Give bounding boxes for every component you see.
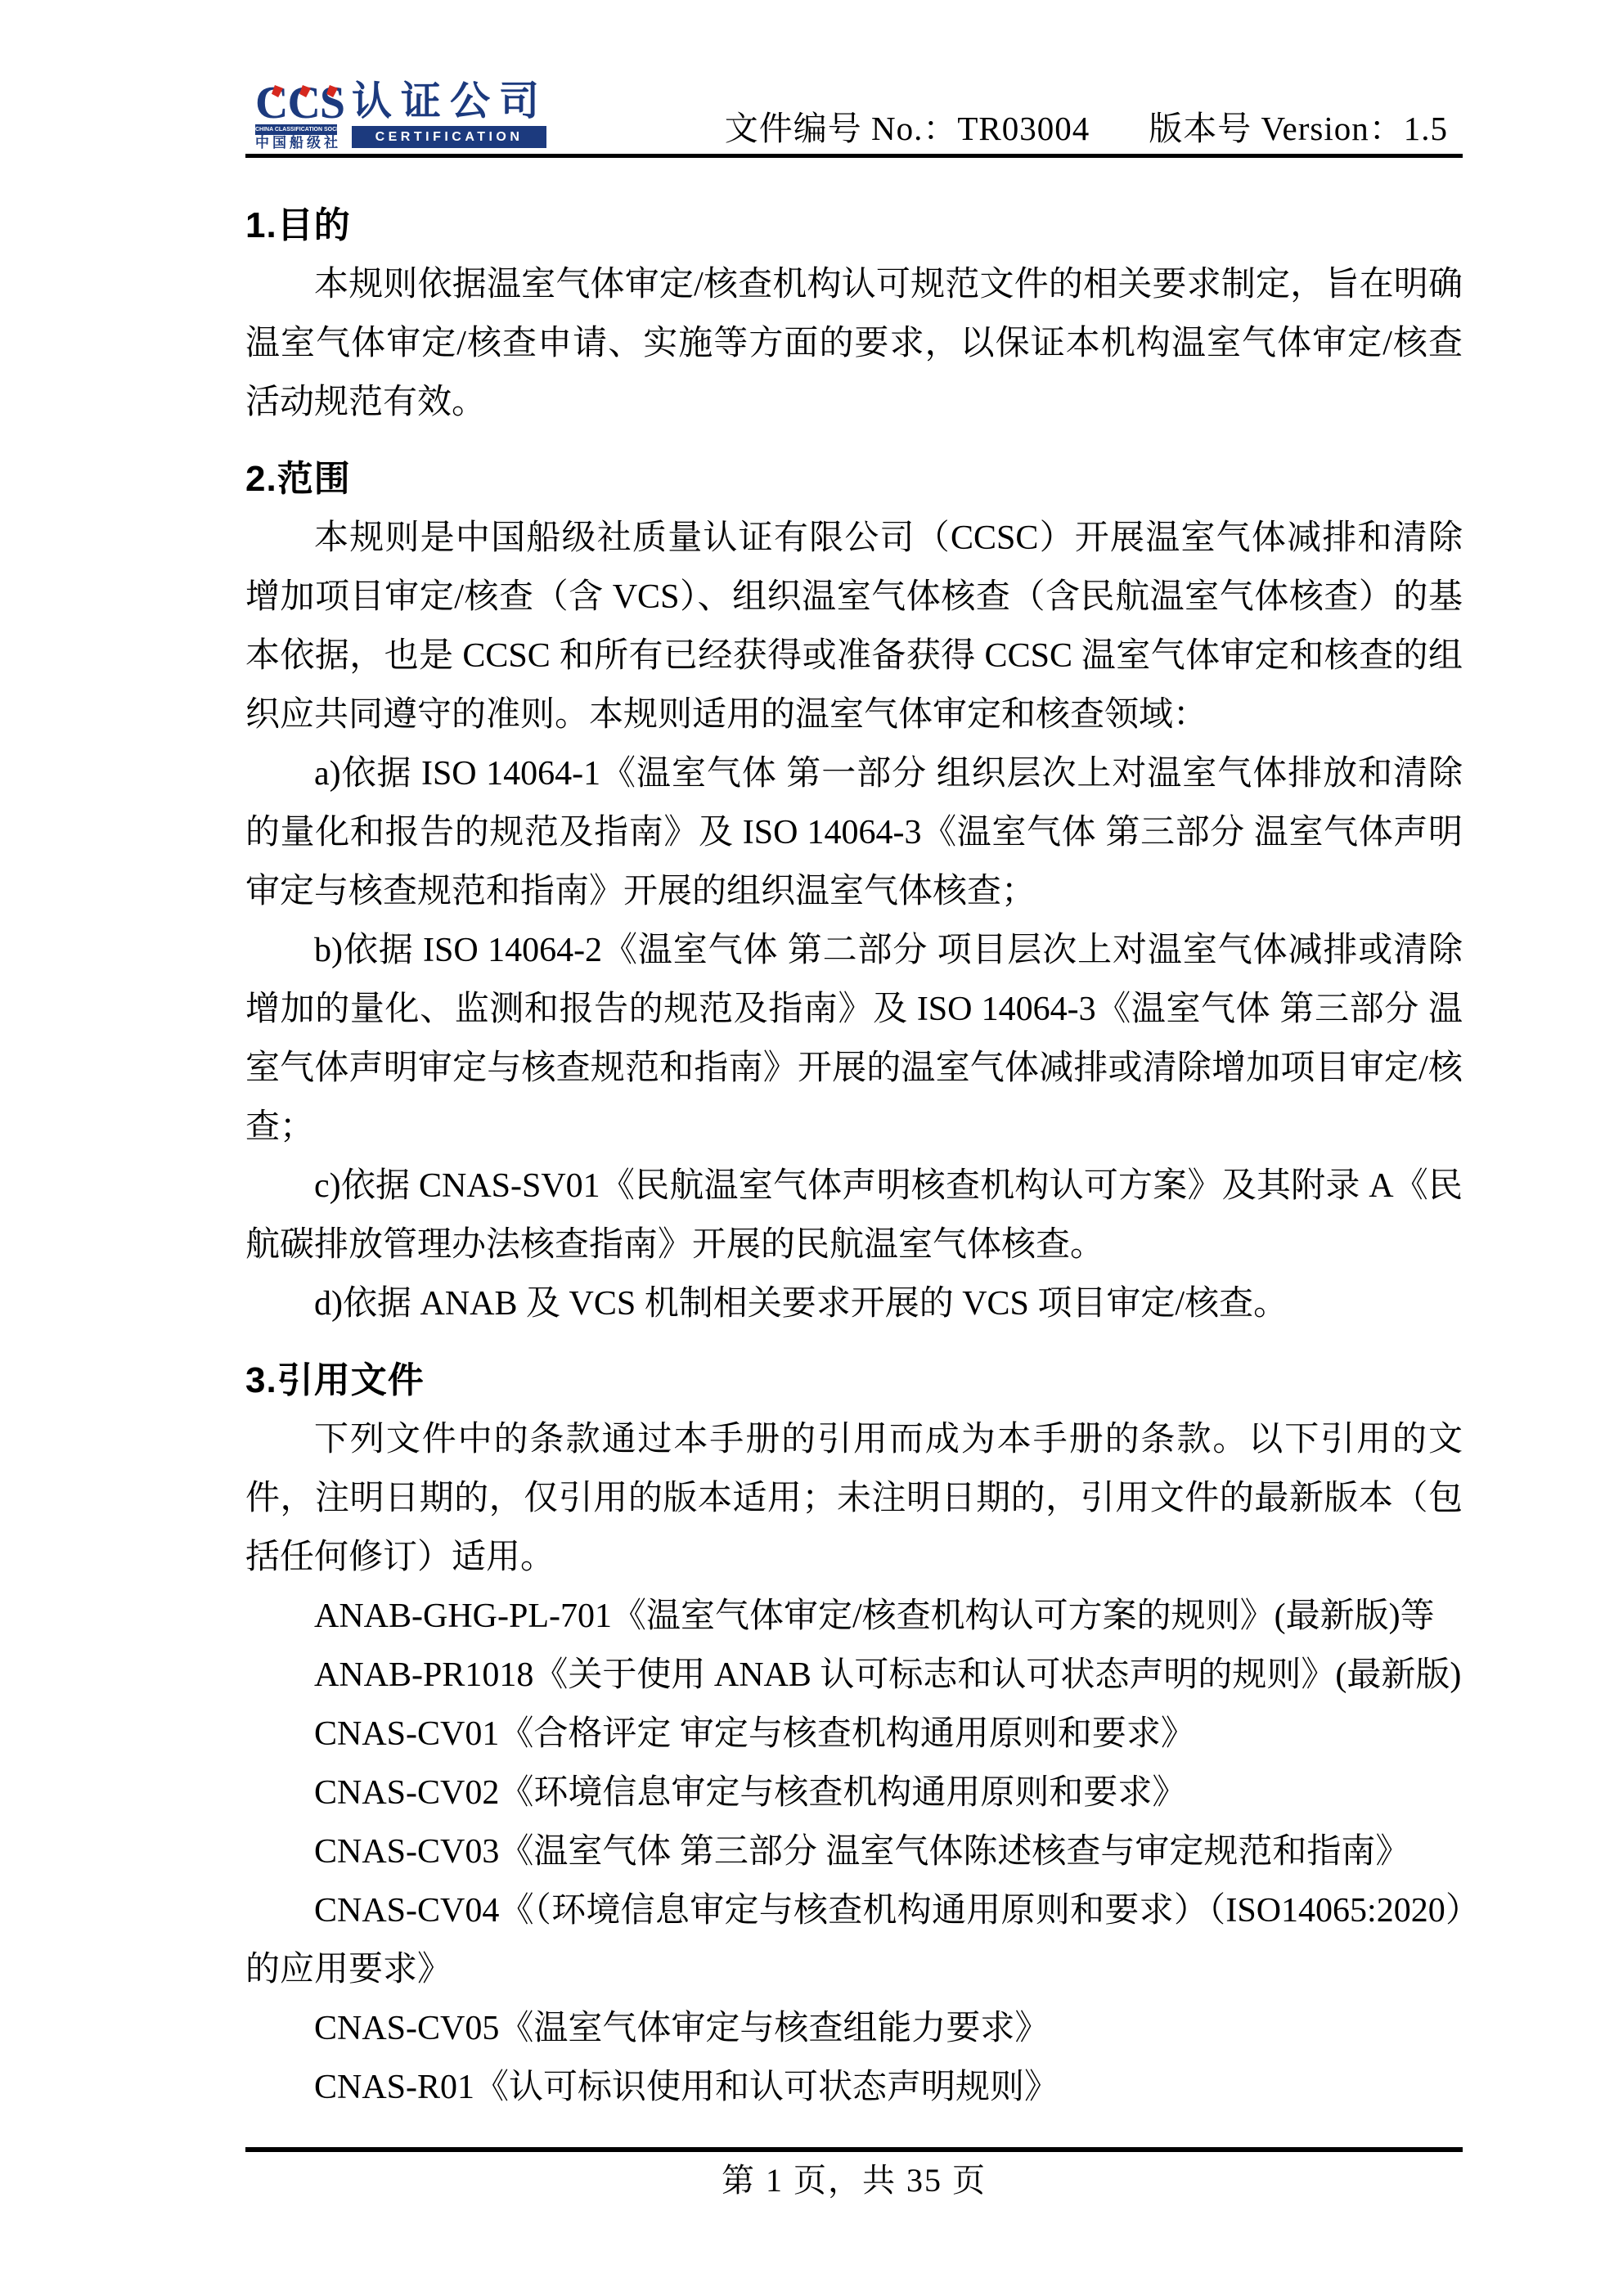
- society-en-label: CHINA CLASSIFICATION SOCIETY: [255, 124, 337, 135]
- section-heading-references: 3.引用文件: [245, 1351, 1463, 1410]
- reference-item: CNAS-CV04《（环境信息审定与核查机构通用原则和要求）（ISO14065:…: [245, 1881, 1463, 1999]
- doc-version: 版本号 Version：1.5: [1149, 110, 1448, 147]
- list-item-d: d)依据 ANAB 及 VCS 机制相关要求开展的 VCS 项目审定/核查。: [245, 1274, 1463, 1333]
- reference-item: CNAS-CV03《温室气体 第三部分 温室气体陈述核查与审定规范和指南》: [245, 1822, 1463, 1881]
- document-page: CCS CHINA CLASSIFICATION SOCIETY 中国船级社 认…: [0, 0, 1623, 2296]
- list-item-b: b)依据 ISO 14064-2《温室气体 第二部分 项目层次上对温室气体减排或…: [245, 921, 1463, 1157]
- reference-item: ANAB-PR1018《关于使用 ANAB 认可标志和认可状态声明的规则》(最新…: [245, 1646, 1463, 1705]
- doc-number: 文件编号 No.：TR03004: [725, 110, 1090, 147]
- section-heading-scope: 2.范围: [245, 450, 1463, 509]
- document-body: 1.目的 本规则依据温室气体审定/核查机构认可规范文件的相关要求制定，旨在明确温…: [245, 196, 1463, 2117]
- reference-item: CNAS-R01《认可标识使用和认可状态声明规则》: [245, 2058, 1463, 2117]
- ccs-logo-left: CCS CHINA CLASSIFICATION SOCIETY 中国船级社: [255, 72, 337, 151]
- reference-item: ANAB-GHG-PL-701《温室气体审定/核查机构认可方案的规则》(最新版)…: [245, 1587, 1463, 1646]
- reference-item: CNAS-CV01《合格评定 审定与核查机构通用原则和要求》: [245, 1705, 1463, 1764]
- reference-item: CNAS-CV02《环境信息审定与核查机构通用原则和要求》: [245, 1764, 1463, 1822]
- footer-rule: [245, 2147, 1463, 2152]
- list-item-a: a)依据 ISO 14064-1《温室气体 第一部分 组织层次上对温室气体排放和…: [245, 744, 1463, 921]
- paragraph: 本规则是中国船级社质量认证有限公司（CCSC）开展温室气体减排和清除增加项目审定…: [245, 509, 1463, 744]
- list-item-c: c)依据 CNAS-SV01《民航温室气体声明核查机构认可方案》及其附录 A《民…: [245, 1157, 1463, 1274]
- paragraph: 下列文件中的条款通过本手册的引用而成为本手册的条款。以下引用的文件，注明日期的，…: [245, 1410, 1463, 1587]
- ccs-logo-text: CCS: [255, 83, 337, 123]
- ccs-logo: CCS CHINA CLASSIFICATION SOCIETY 中国船级社 认…: [245, 72, 556, 151]
- certification-label: CERTIFICATION: [352, 126, 546, 148]
- paragraph: 本规则依据温室气体审定/核查机构认可规范文件的相关要求制定，旨在明确温室气体审定…: [245, 255, 1463, 432]
- society-cn-label: 中国船级社: [255, 136, 337, 151]
- doc-meta: 文件编号 No.：TR03004版本号 Version：1.5: [725, 108, 1448, 149]
- page-number: 第 1 页，共 35 页: [245, 2159, 1463, 2202]
- reference-item: CNAS-CV05《温室气体审定与核查组能力要求》: [245, 1999, 1463, 2058]
- header-rule: [245, 154, 1463, 158]
- company-cn-label: 认证公司: [352, 80, 550, 123]
- section-heading-purpose: 1.目的: [245, 196, 1463, 255]
- ccs-logo-right: 认证公司 CERTIFICATION: [352, 72, 550, 151]
